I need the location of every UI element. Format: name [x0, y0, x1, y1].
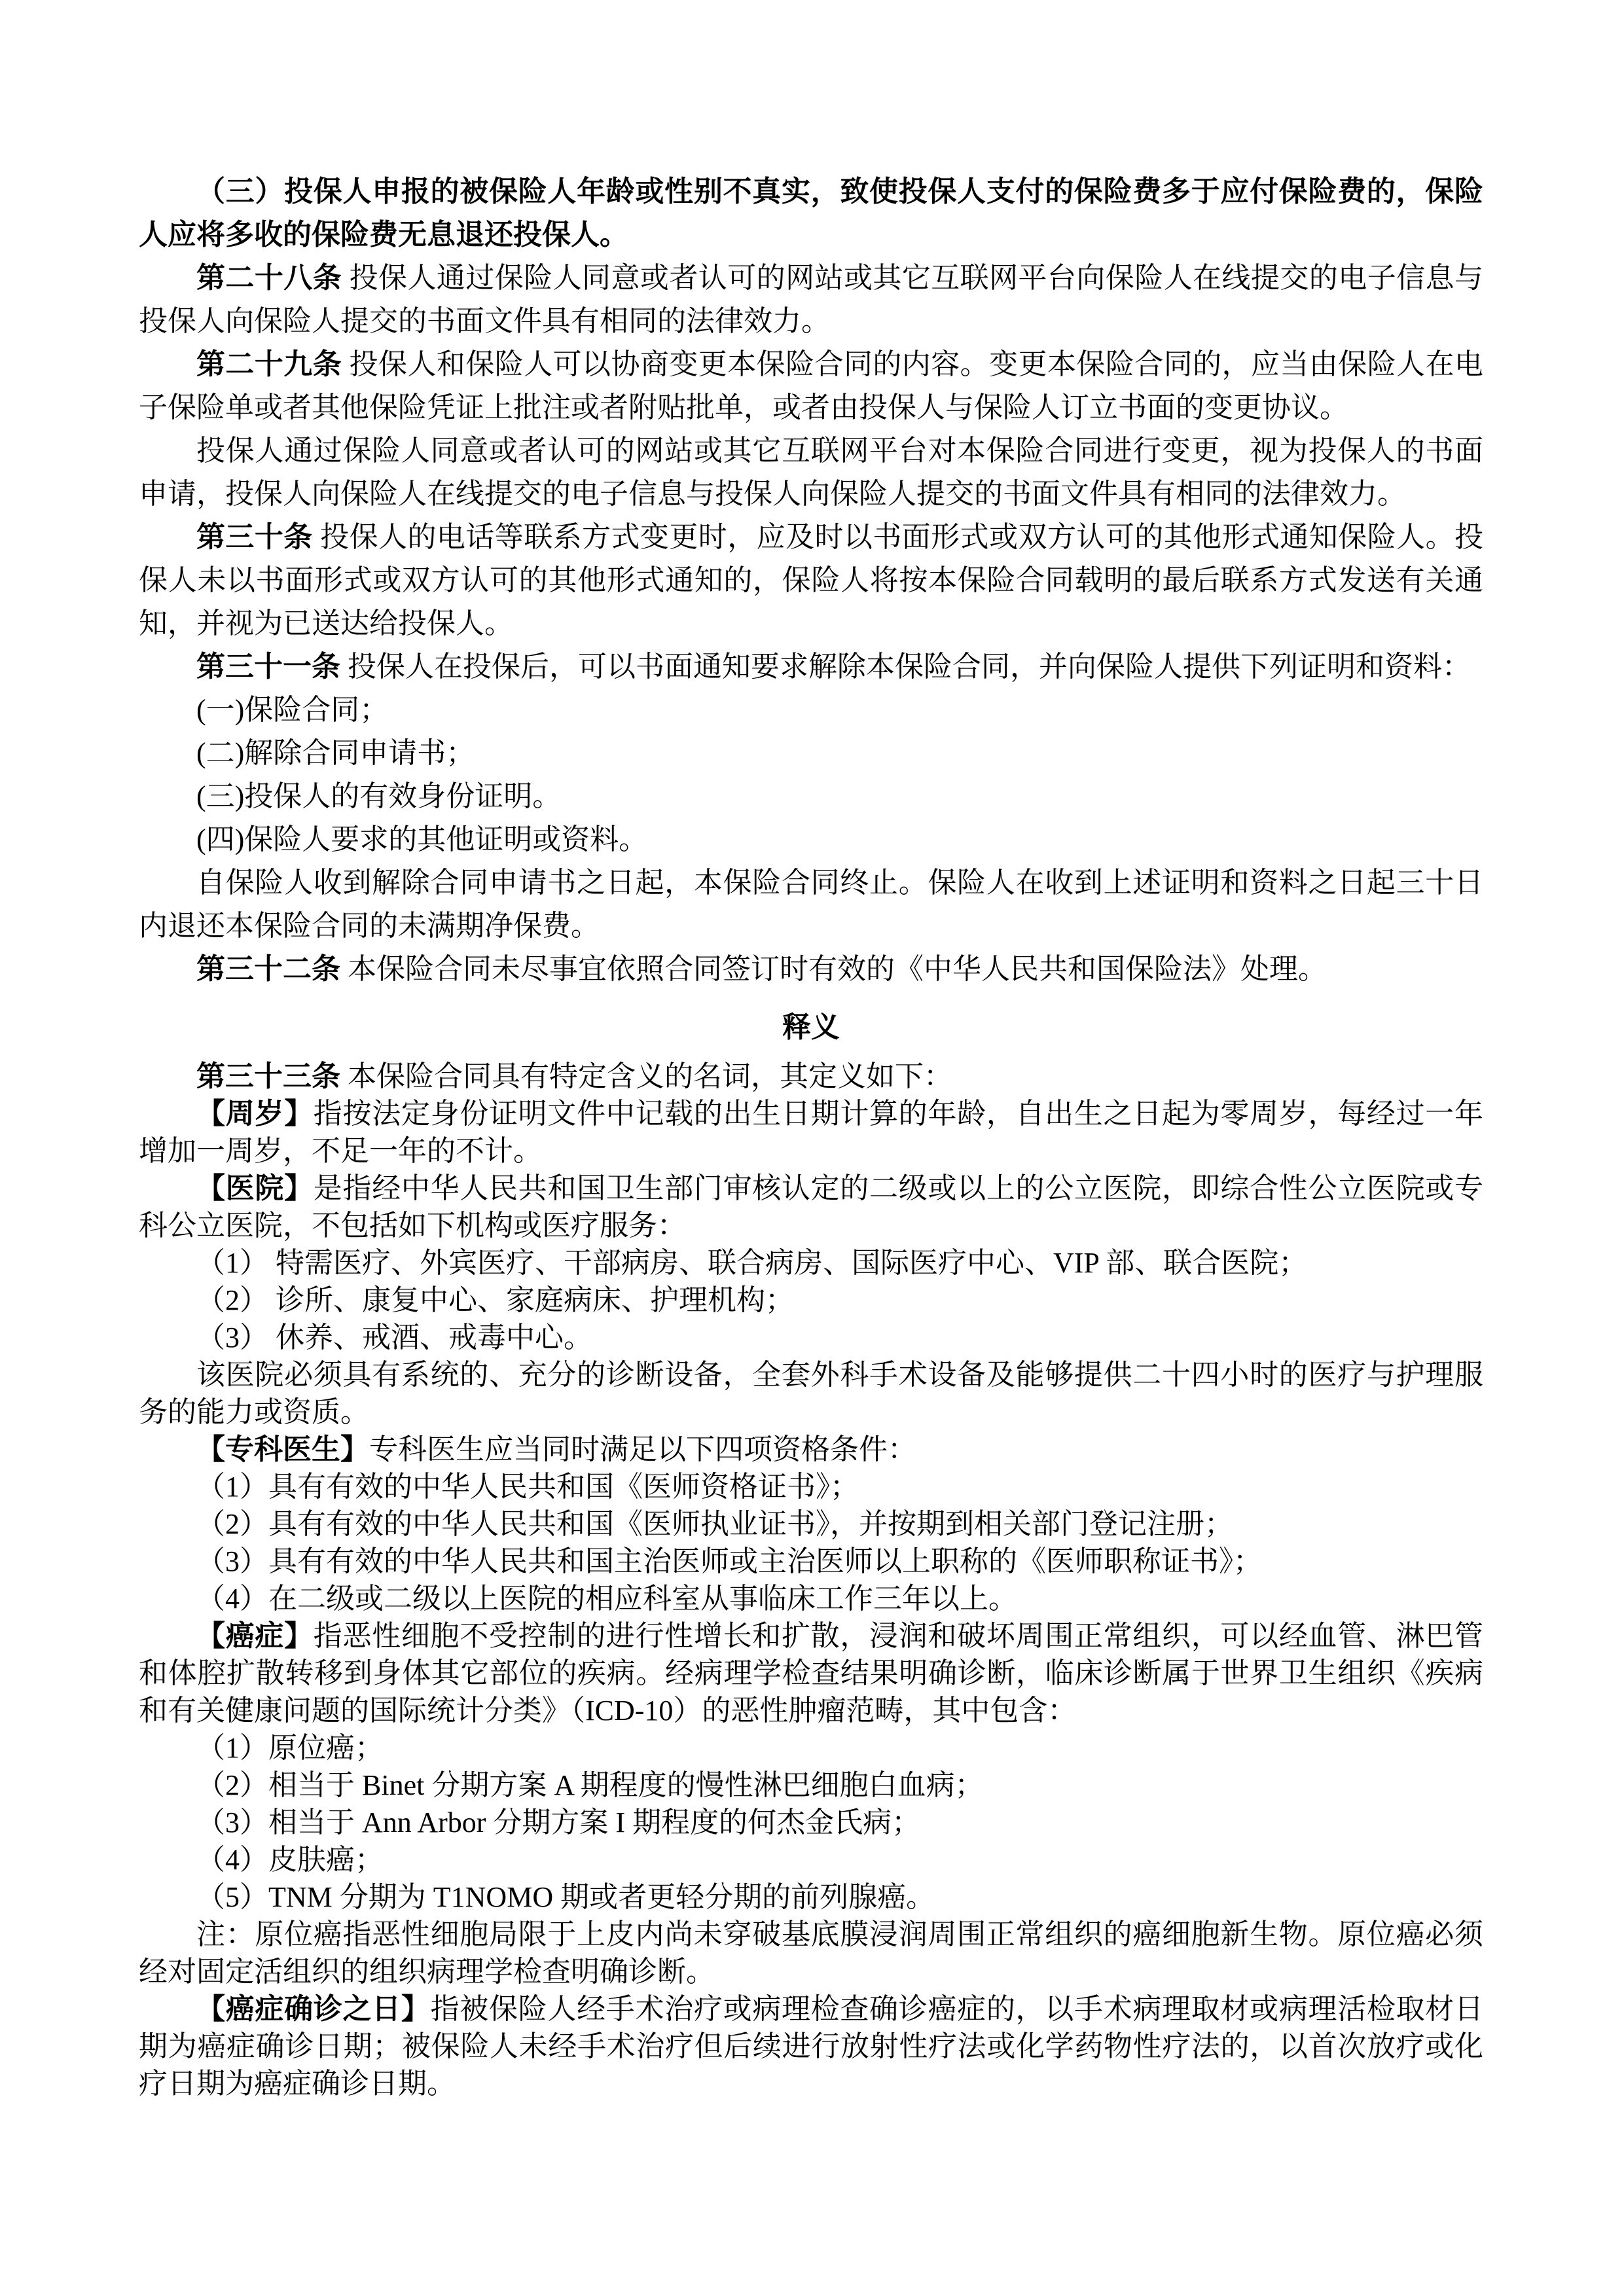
note-paragraph: 注：原位癌指恶性细胞局限于上皮内尚未穿破基底膜浸润周围正常组织的癌细胞新生物。原… [139, 1916, 1483, 1990]
clause-number: 第三十条 [196, 521, 313, 553]
clause-text: 本保险合同未尽事宜依照合同签订时有效的《中华人民共和国保险法》处理。 [340, 953, 1327, 985]
clause-text: (四)保险人要求的其他证明或资料。 [196, 823, 647, 855]
clause-text: （三）投保人申报的被保险人年龄或性别不真实，致使投保人支付的保险费多于应付保险费… [139, 175, 1483, 251]
list-item: （4）在二级或二级以上医院的相应科室从事临床工作三年以上。 [139, 1580, 1483, 1617]
definition-paragraph: 【周岁】指按法定身份证明文件中记载的出生日期计算的年龄，自出生之日起为零周岁，每… [139, 1095, 1483, 1170]
clause-text: (二)解除合同申请书； [196, 737, 475, 769]
list-item: (四)保险人要求的其他证明或资料。 [139, 818, 1483, 861]
paragraph: 投保人通过保险人同意或者认可的网站或其它互联网平台对本保险合同进行变更，视为投保… [139, 429, 1483, 516]
paragraph: 第二十八条 投保人通过保险人同意或者认可的网站或其它互联网平台向保险人在线提交的… [139, 257, 1483, 343]
paragraph: 第二十九条 投保人和保险人可以协商变更本保险合同的内容。变更本保险合同的，应当由… [139, 343, 1483, 429]
clause-number: 第二十九条 [196, 348, 342, 380]
paragraph: 第三十条 投保人的电话等联系方式变更时，应及时以书面形式或双方认可的其他形式通知… [139, 516, 1483, 645]
paragraph: 第三十三条 本保险合同具有特定含义的名词，其定义如下： [139, 1058, 1483, 1095]
clause-text: 本保险合同具有特定含义的名词，其定义如下： [340, 1060, 952, 1092]
clause-text: 指按法定身份证明文件中记载的出生日期计算的年龄，自出生之日起为零周岁，每经过一年… [139, 1098, 1483, 1167]
list-item: (三)投保人的有效身份证明。 [139, 775, 1483, 818]
definition-paragraph: 【癌症】指恶性细胞不受控制的进行性增长和扩散，浸润和破坏周围正常组织，可以经血管… [139, 1617, 1483, 1729]
definitions-section: 第三十三条 本保险合同具有特定含义的名词，其定义如下： 【周岁】指按法定身份证明… [139, 1058, 1483, 2102]
paragraph: 第三十一条 投保人在投保后，可以书面通知要求解除本保险合同，并向保险人提供下列证… [139, 645, 1483, 689]
paragraph: （三）投保人申报的被保险人年龄或性别不真实，致使投保人支付的保险费多于应付保险费… [139, 170, 1483, 257]
clause-text: 专科医生应当同时满足以下四项资格条件： [369, 1433, 916, 1465]
list-item: （5）TNM 分期为 T1NOMO 期或者更轻分期的前列腺癌。 [139, 1878, 1483, 1916]
definition-paragraph: 【专科医生】专科医生应当同时满足以下四项资格条件： [139, 1431, 1483, 1468]
defined-term: 【癌症确诊之日】 [196, 1993, 431, 2025]
clause-text: （1）具有有效的中华人民共和国《医师资格证书》； [196, 1471, 859, 1503]
clause-number: 第二十八条 [196, 262, 342, 294]
clause-text: （1） 特需医疗、外宾医疗、干部病房、联合病房、国际医疗中心、VIP 部、联合医… [196, 1247, 1307, 1279]
list-item: （4）皮肤癌； [139, 1841, 1483, 1878]
clause-text: （4）皮肤癌； [196, 1844, 384, 1876]
paragraph: 该医院必须具有系统的、充分的诊断设备，全套外科手术设备及能够提供二十四小时的医疗… [139, 1356, 1483, 1431]
clause-text: (一)保险合同； [196, 694, 388, 726]
clause-text: （3） 休养、戒酒、戒毒中心。 [196, 1321, 592, 1354]
list-item: （1）原位癌； [139, 1729, 1483, 1767]
clause-text: （1）原位癌； [196, 1732, 384, 1764]
defined-term: 【癌症】 [196, 1620, 314, 1652]
section-heading: 释义 [139, 1008, 1483, 1047]
clauses-section: （三）投保人申报的被保险人年龄或性别不真实，致使投保人支付的保险费多于应付保险费… [139, 170, 1483, 991]
clause-number: 第三十三条 [196, 1060, 340, 1092]
clause-text: (三)投保人的有效身份证明。 [196, 780, 561, 812]
clause-text: （5）TNM 分期为 T1NOMO 期或者更轻分期的前列腺癌。 [196, 1881, 935, 1913]
definition-paragraph: 【医院】是指经中华人民共和国卫生部门审核认定的二级或以上的公立医院，即综合性公立… [139, 1170, 1483, 1244]
paragraph: 第三十二条 本保险合同未尽事宜依照合同签订时有效的《中华人民共和国保险法》处理。 [139, 948, 1483, 991]
clause-text: （4）在二级或二级以上医院的相应科室从事临床工作三年以上。 [196, 1583, 1017, 1615]
list-item: (二)解除合同申请书； [139, 732, 1483, 775]
clause-text: 投保人在投保后，可以书面通知要求解除本保险合同，并向保险人提供下列证明和资料： [340, 651, 1471, 683]
clause-text: 投保人的电话等联系方式变更时，应及时以书面形式或双方认可的其他形式通知保险人。投… [139, 521, 1483, 639]
list-item: （3）相当于 Ann Arbor 分期方案 I 期程度的何杰金氏病； [139, 1804, 1483, 1841]
definition-paragraph: 【癌症确诊之日】指被保险人经手术治疗或病理检查确诊癌症的，以手术病理取材或病理活… [139, 1990, 1483, 2102]
clause-text: 是指经中华人民共和国卫生部门审核认定的二级或以上的公立医院，即综合性公立医院或专… [139, 1172, 1483, 1242]
clause-text: 自保险人收到解除合同申请书之日起，本保险合同终止。保险人在收到上述证明和资料之日… [139, 867, 1483, 942]
defined-term: 【医院】 [196, 1172, 314, 1204]
clause-number: 第三十一条 [196, 651, 340, 683]
list-item: （1） 特需医疗、外宾医疗、干部病房、联合病房、国际医疗中心、VIP 部、联合医… [139, 1244, 1483, 1282]
list-item: （1）具有有效的中华人民共和国《医师资格证书》； [139, 1468, 1483, 1505]
clause-text: 指恶性细胞不受控制的进行性增长和扩散，浸润和破坏周围正常组织，可以经血管、淋巴管… [139, 1620, 1483, 1727]
list-item: （2）具有有效的中华人民共和国《医师执业证书》，并按期到相关部门登记注册； [139, 1505, 1483, 1543]
list-item: （2） 诊所、康复中心、家庭病床、护理机构； [139, 1282, 1483, 1319]
list-item: （3） 休养、戒酒、戒毒中心。 [139, 1319, 1483, 1356]
defined-term: 【专科医生】 [196, 1433, 369, 1465]
contract-document-page: （三）投保人申报的被保险人年龄或性别不真实，致使投保人支付的保险费多于应付保险费… [0, 0, 1624, 2296]
paragraph: 自保险人收到解除合同申请书之日起，本保险合同终止。保险人在收到上述证明和资料之日… [139, 861, 1483, 948]
clause-text: 该医院必须具有系统的、充分的诊断设备，全套外科手术设备及能够提供二十四小时的医疗… [139, 1359, 1483, 1428]
clause-text: 投保人通过保险人同意或者认可的网站或其它互联网平台对本保险合同进行变更，视为投保… [139, 435, 1483, 510]
clause-text: （3）相当于 Ann Arbor 分期方案 I 期程度的何杰金氏病； [196, 1806, 920, 1839]
clause-text: （2）具有有效的中华人民共和国《医师执业证书》，并按期到相关部门登记注册； [196, 1508, 1233, 1540]
list-item: （2）相当于 Binet 分期方案 A 期程度的慢性淋巴细胞白血病； [139, 1767, 1483, 1804]
clause-number: 第三十二条 [196, 953, 340, 985]
clause-text: （2）相当于 Binet 分期方案 A 期程度的慢性淋巴细胞白血病； [196, 1769, 984, 1801]
defined-term: 【周岁】 [196, 1098, 314, 1130]
list-item: (一)保险合同； [139, 689, 1483, 732]
list-item: （3）具有有效的中华人民共和国主治医师或主治医师以上职称的《医师职称证书》； [139, 1543, 1483, 1580]
clause-text: 注：原位癌指恶性细胞局限于上皮内尚未穿破基底膜浸润周围正常组织的癌细胞新生物。原… [139, 1918, 1483, 1988]
clause-text: （2） 诊所、康复中心、家庭病床、护理机构； [196, 1284, 794, 1316]
clause-text: （3）具有有效的中华人民共和国主治医师或主治医师以上职称的《医师职称证书》； [196, 1545, 1262, 1577]
